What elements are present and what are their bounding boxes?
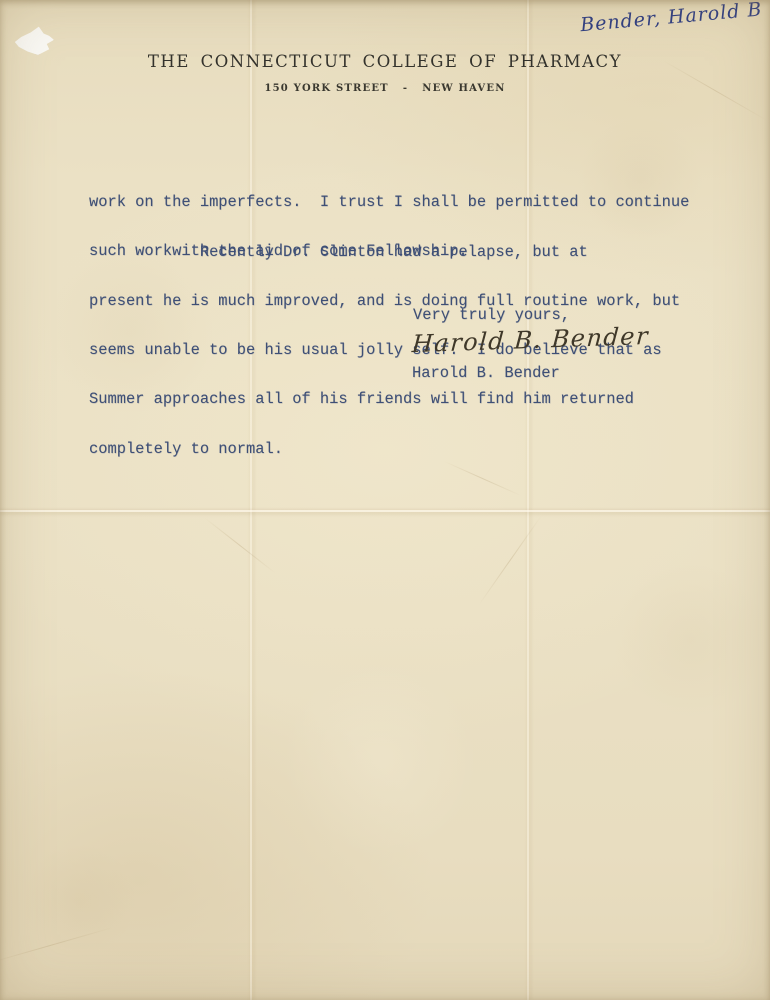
crease-mark [478, 515, 542, 606]
crease-mark [204, 517, 276, 573]
letter-page: Bender, Harold B THE CONNECTICUT COLLEGE… [0, 0, 770, 1000]
horizontal-fold [0, 510, 770, 512]
letterhead-address: 150 YORK STREET - NEW HAVEN [0, 83, 770, 94]
typed-line: Summer approaches all of his friends wil… [89, 391, 680, 407]
typed-signature-name: Harold B. Bender [412, 365, 560, 381]
vertical-fold-right [527, 0, 529, 1000]
vertical-fold-left [250, 0, 252, 1000]
handwritten-annotation: Bender, Harold B [579, 0, 770, 36]
typed-line: present he is much improved, and is doin… [89, 293, 680, 309]
typed-line: work on the imperfects. I trust I shall … [89, 194, 689, 210]
crease-mark [0, 927, 113, 964]
typed-line: completely to normal. [89, 441, 680, 457]
typed-line: Recently Dr. Clinton had a relapse, but … [89, 244, 680, 260]
valediction: Very truly yours, [413, 307, 570, 323]
letterhead-title: THE CONNECTICUT COLLEGE OF PHARMACY [0, 52, 770, 71]
paper-tear [14, 26, 54, 55]
